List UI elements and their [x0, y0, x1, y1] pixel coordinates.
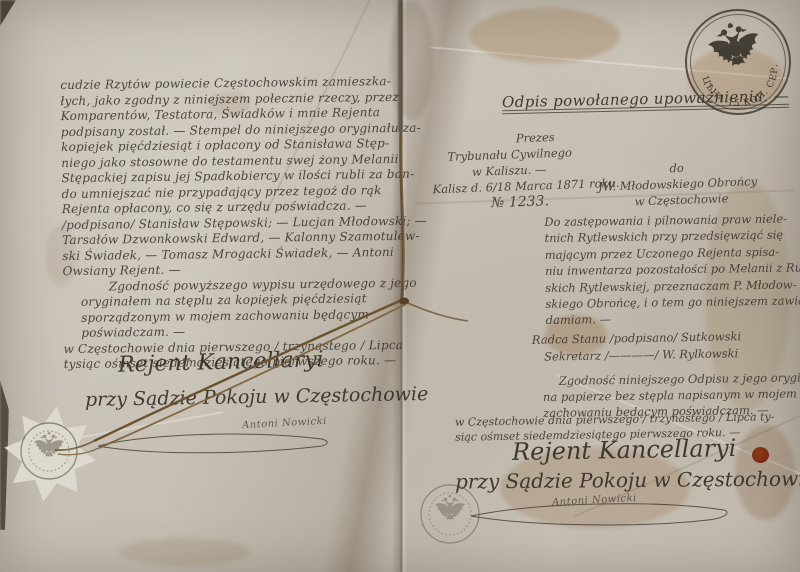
- binding-twine: [0, 0, 800, 572]
- document-photo: cudzie Rzytów powiecie Częstochowskim za…: [0, 0, 800, 572]
